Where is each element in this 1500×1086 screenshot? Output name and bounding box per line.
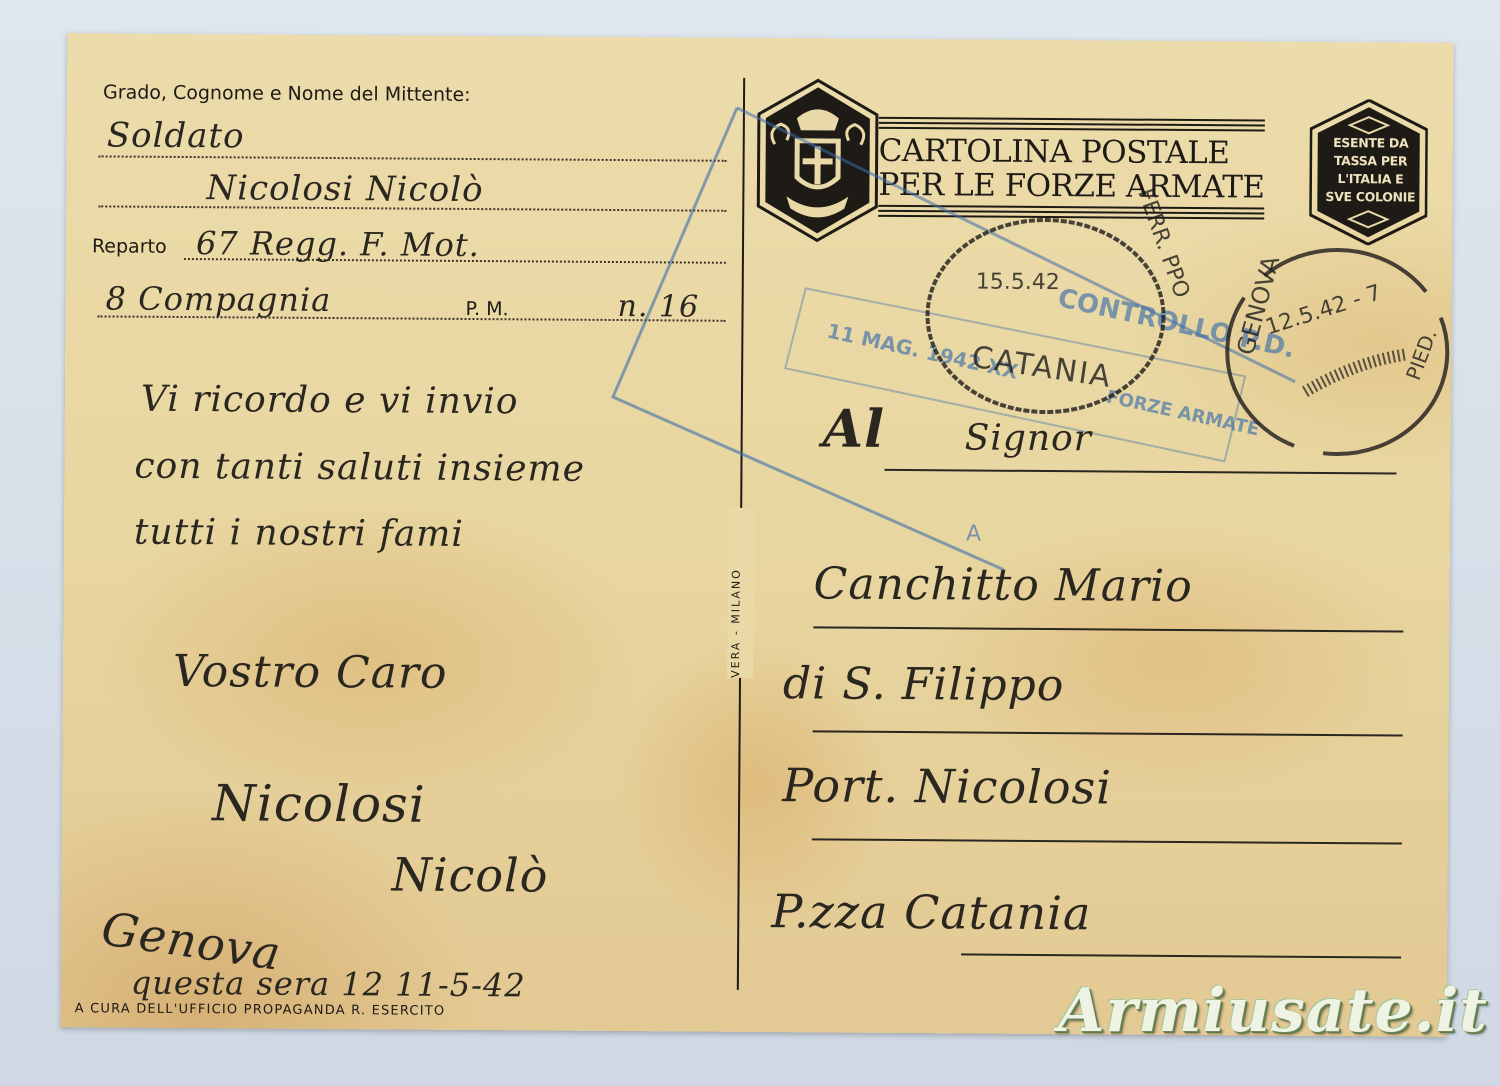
sender-label: Grado, Cognome e Nome del Mittente: [103, 81, 471, 106]
handwritten-name: Nicolosi Nicolò [206, 168, 483, 210]
recipient-line-2: Canchitto Mario [813, 558, 1192, 612]
exempt-line: TASSA PER [1322, 152, 1420, 171]
address-line [961, 953, 1401, 958]
recipient-line-5: P.zza Catania [771, 884, 1091, 940]
recipient-line-4: Port. Nicolosi [782, 758, 1112, 814]
censor-letter: A [966, 521, 981, 546]
pm-label: P. M. [465, 298, 508, 320]
message-line-5: Nicolosi [212, 774, 426, 833]
message-line-4: Vostro Caro [173, 646, 448, 699]
address-line [813, 730, 1403, 736]
exempt-text: ESENTE DA TASSA PER L'ITALIA E SVE COLON… [1321, 134, 1420, 207]
handwritten-company: 8 Compagnia [106, 279, 332, 319]
postmark-catania-date: 15.5.42 [976, 270, 1060, 296]
handwritten-rank: Soldato [107, 115, 245, 156]
recipient-line-3: di S. Filippo [783, 658, 1065, 711]
exempt-line: ESENTE DA [1322, 134, 1420, 153]
salutation: Al [823, 398, 886, 459]
postmark-catania-icon [915, 215, 1176, 427]
exempt-line: SVE COLONIE [1321, 188, 1419, 207]
postcard: Grado, Cognome e Nome del Mittente: Sold… [61, 33, 1454, 1037]
message-date: questa sera 12 11-5-42 [131, 964, 526, 1005]
message-line-6: Nicolò [391, 847, 548, 902]
exempt-line: L'ITALIA E [1321, 170, 1419, 189]
message-line-2: con tanti saluti insieme [134, 446, 585, 490]
watermark: Armiusate.it [1058, 976, 1488, 1046]
address-line [813, 626, 1403, 632]
unit-label: Reparto [92, 235, 167, 258]
message-line-1: Vi ricordo e vi invio [141, 379, 519, 423]
message-line-3: tutti i nostri fami [134, 512, 464, 555]
address-line [812, 838, 1402, 844]
recipient-line-1: Signor [965, 417, 1093, 459]
footer-text: A CURA DELL'UFFICIO PROPAGANDA R. ESERCI… [75, 1001, 446, 1019]
